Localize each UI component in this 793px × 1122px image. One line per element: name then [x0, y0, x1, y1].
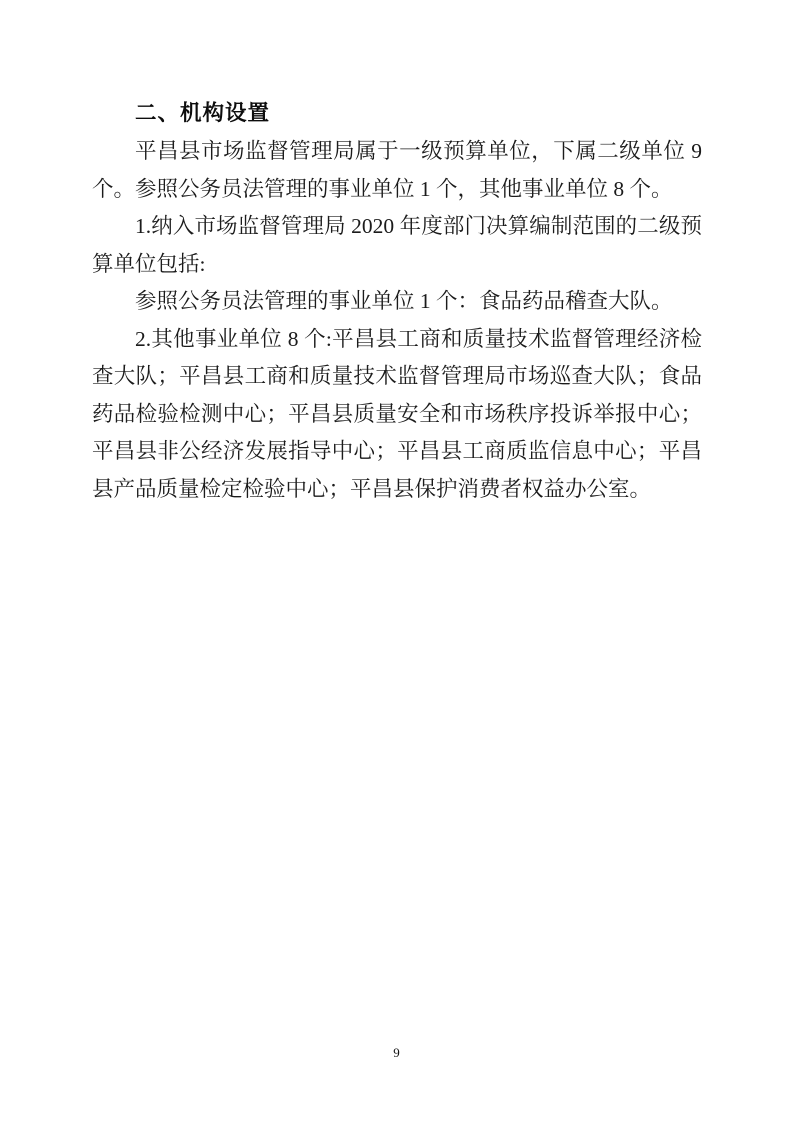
- document-page: 二、机构设置 平昌县市场监督管理局属于一级预算单位，下属二级单位 9 个。参照公…: [0, 0, 793, 1122]
- paragraph-item-1-intro: 1.纳入市场监督管理局 2020 年度部门决算编制范围的二级预算单位包括:: [92, 208, 702, 283]
- document-content: 二、机构设置 平昌县市场监督管理局属于一级预算单位，下属二级单位 9 个。参照公…: [92, 94, 702, 508]
- paragraph-civil-service-unit: 参照公务员法管理的事业单位 1 个：食品药品稽查大队。: [92, 283, 702, 321]
- paragraph-overview: 平昌县市场监督管理局属于一级预算单位，下属二级单位 9 个。参照公务员法管理的事…: [92, 133, 702, 208]
- page-footer: 9: [0, 1044, 793, 1122]
- paragraph-other-units: 2.其他事业单位 8 个:平昌县工商和质量技术监督管理经济检查大队；平昌县工商和…: [92, 321, 702, 509]
- section-heading: 二、机构设置: [92, 94, 702, 133]
- page-number: 9: [393, 1046, 400, 1060]
